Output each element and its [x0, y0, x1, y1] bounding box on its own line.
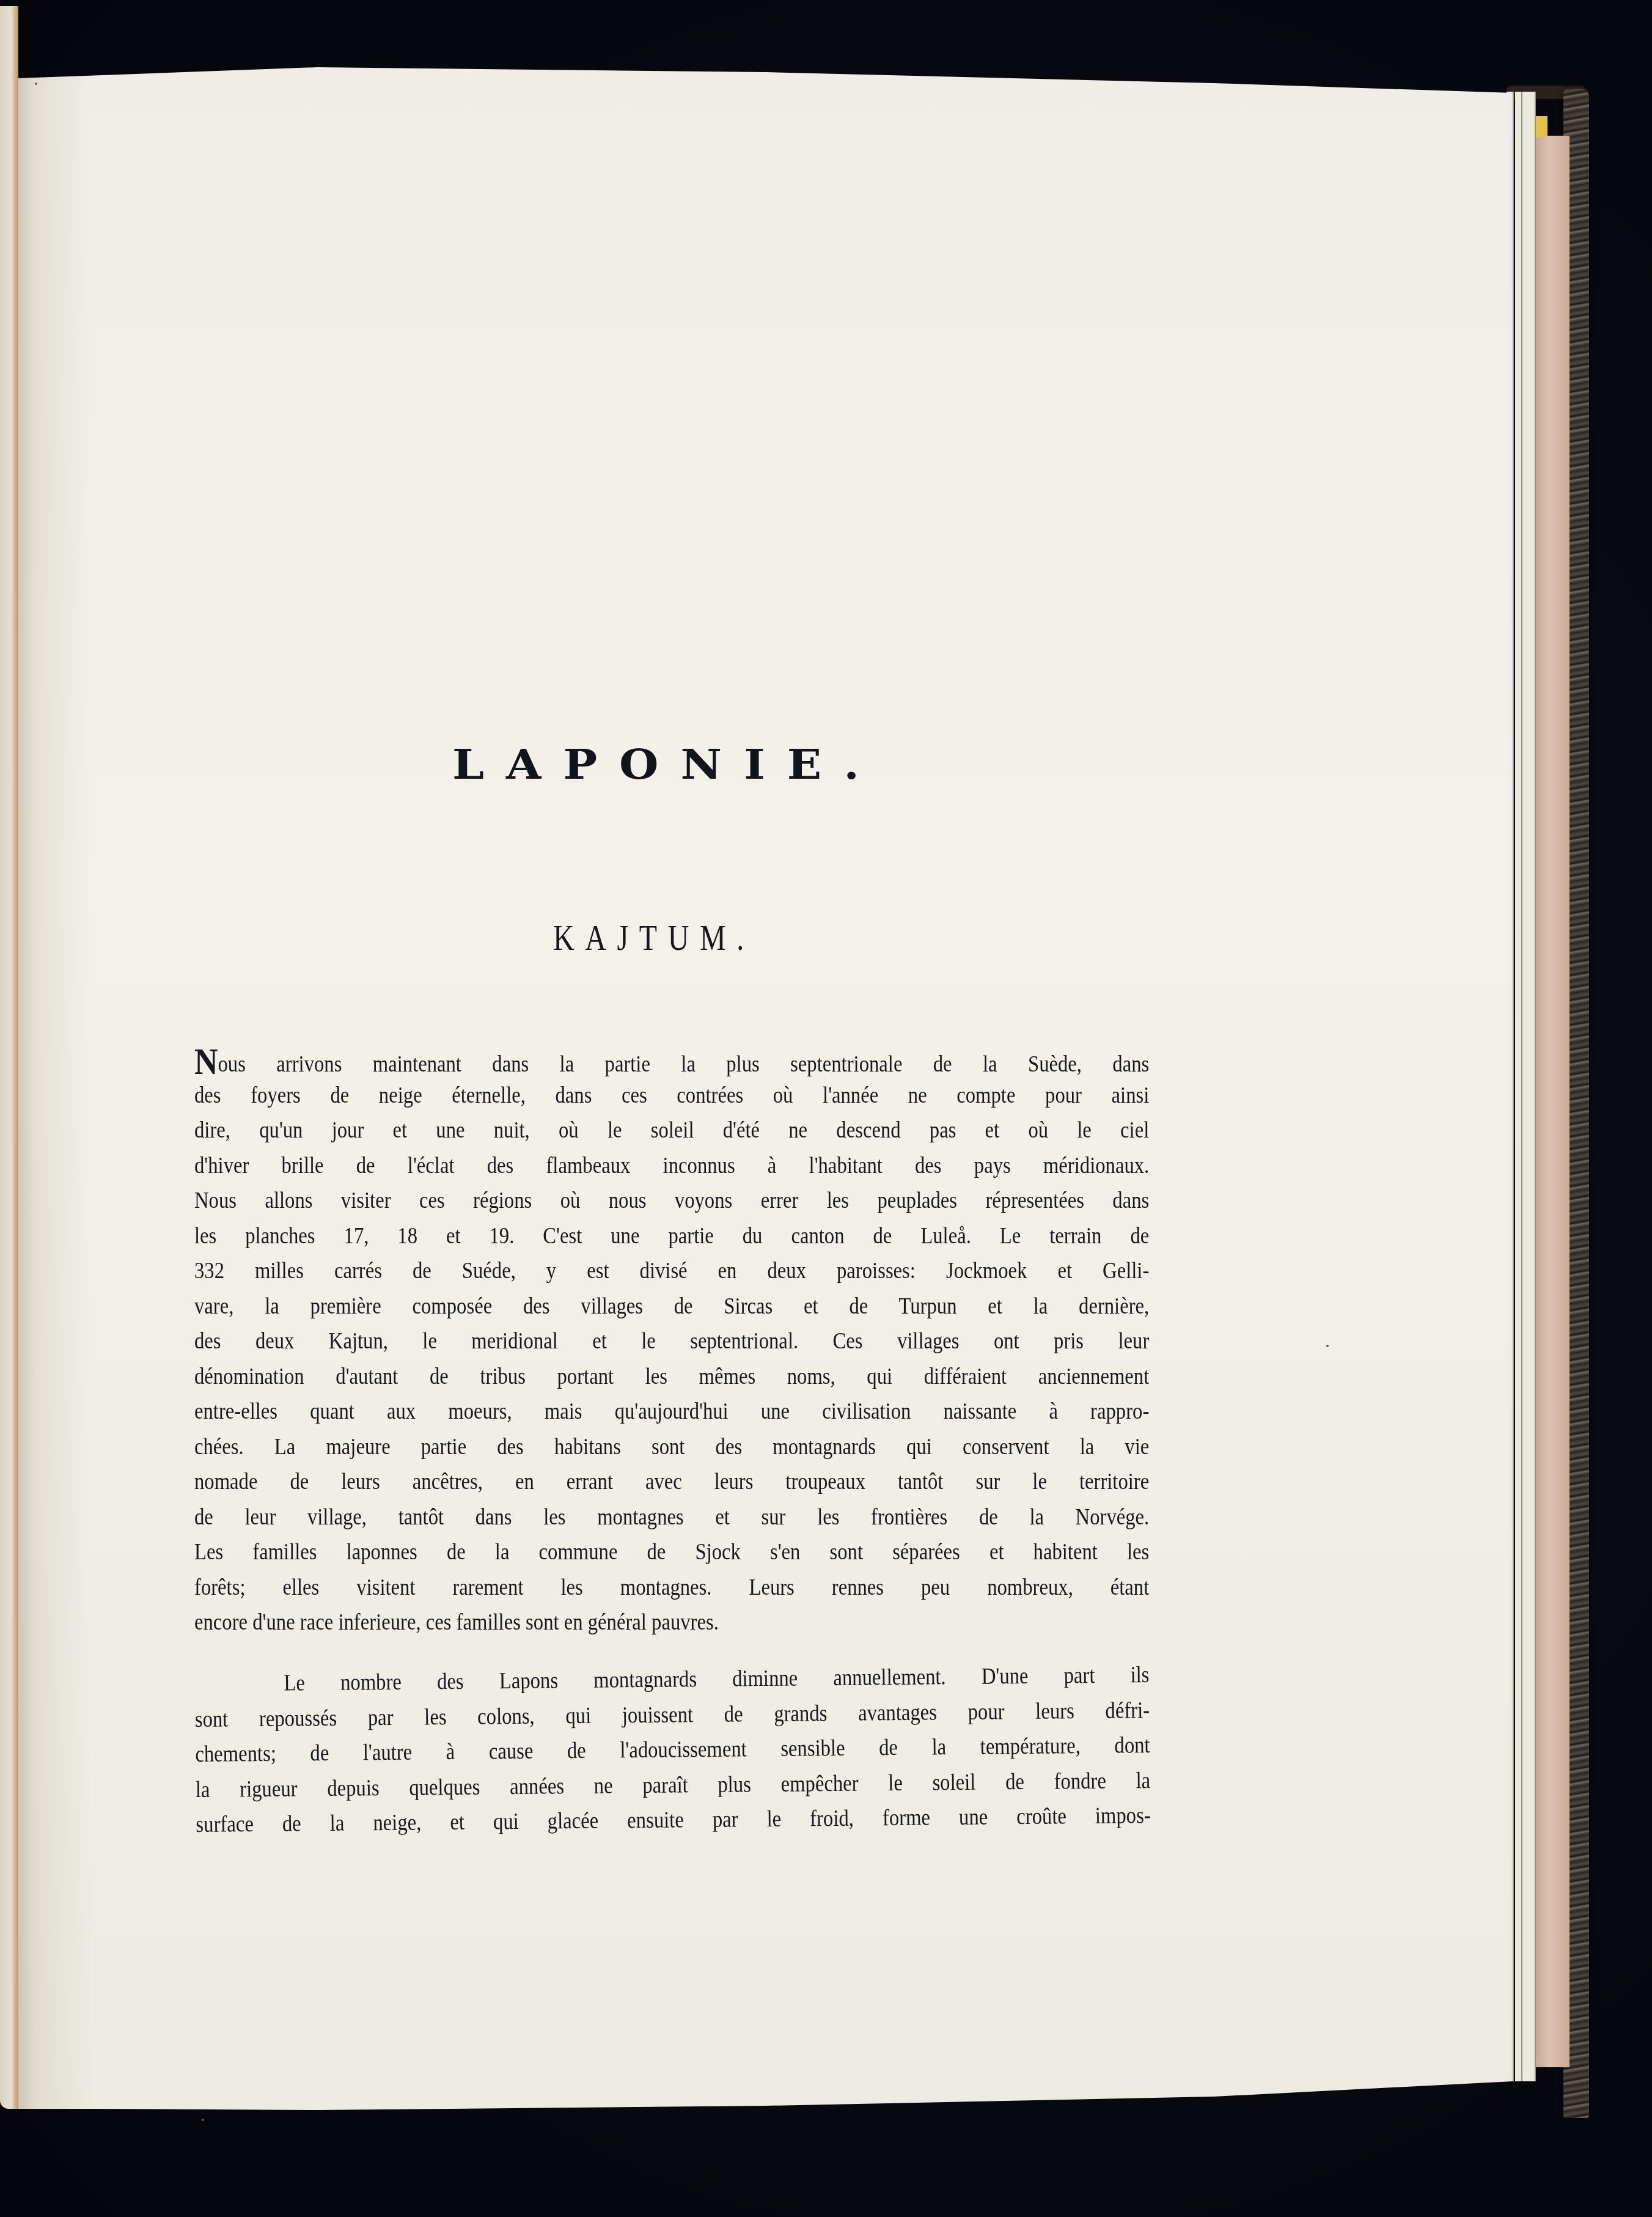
text-line: Nous arrivons maintenant dans la partie … — [194, 1043, 1149, 1078]
text-line: chées. La majeure partie des habitans so… — [194, 1430, 1149, 1465]
text-line: encore d'une race inferieure, ces famill… — [194, 1605, 1149, 1641]
paragraph-1: Nous arrivons maintenant dans la partie … — [194, 1043, 1149, 1641]
text-line: Nous allons visiter ces régions où nous … — [194, 1183, 1149, 1219]
text-line: dire, qu'un jour et une nuit, où le sole… — [194, 1113, 1149, 1149]
text-line: des deux Kajtun, le meridional et le sep… — [194, 1324, 1149, 1359]
page-content: LAPONIE. KAJTUM. Nous arrivons maintenan… — [0, 0, 1652, 2217]
drop-cap: N — [194, 1041, 218, 1083]
text-line: de leur village, tantôt dans les montagn… — [194, 1500, 1149, 1535]
text-line: entre-elles quant aux moeurs, mais qu'au… — [194, 1394, 1149, 1430]
text-line: Les familles laponnes de la commune de S… — [194, 1535, 1149, 1570]
page-title: LAPONIE. — [452, 740, 880, 789]
paper-speck — [1326, 1345, 1329, 1347]
text-line: des foyers de neige éternelle, dans ces … — [194, 1078, 1149, 1114]
text-line: vare, la première composée des villages … — [194, 1289, 1149, 1325]
section-heading: KAJTUM. — [553, 917, 798, 959]
text-line: nomade de leurs ancêtres, en errant avec… — [194, 1465, 1149, 1500]
text-line: forêts; elles visitent rarement les mont… — [194, 1570, 1149, 1606]
paper-speck — [202, 2119, 204, 2121]
text-line: 332 milles carrés de Suéde, y est divisé… — [194, 1254, 1149, 1289]
paper-speck — [35, 83, 37, 85]
text-line: dénomination d'autant de tribus portant … — [194, 1359, 1149, 1395]
text-line: les planches 17, 18 et 19. C'est une par… — [194, 1219, 1149, 1254]
text-line: d'hiver brille de l'éclat des flambeaux … — [194, 1149, 1149, 1184]
paragraph-2: Le nombre des Lapons montagnards diminne… — [194, 1658, 1151, 1842]
